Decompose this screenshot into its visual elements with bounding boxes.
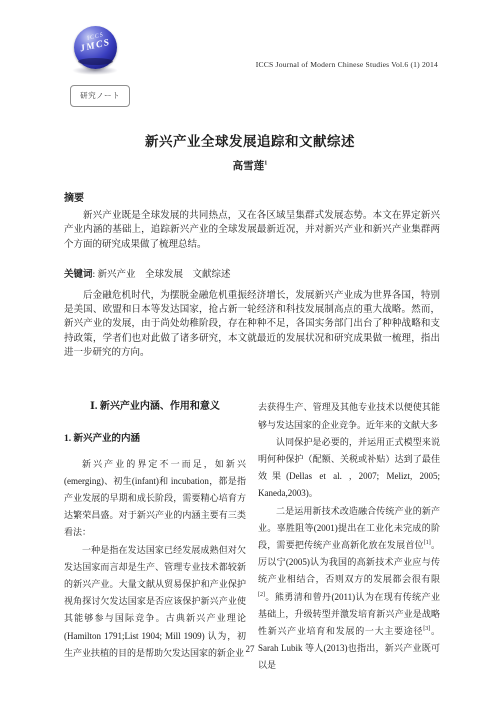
left-column: Ⅰ. 新兴产业内涵、作用和意义 1. 新兴产业的内涵 新兴产业的界定不一而足，如… bbox=[64, 399, 246, 674]
article-body: 摘要 新兴产业既是全球发展的共同热点，又在各区域呈集群式发展态势。本文在界定新兴… bbox=[64, 189, 440, 675]
paper-page: ICCS Journal of Modern Chinese Studies V… bbox=[0, 0, 500, 707]
paper-title: 新兴产业全球发展追踪和文献综述 bbox=[0, 130, 500, 150]
research-note-box: 研究ノート bbox=[70, 85, 130, 107]
right-column: 去获得生产、管理及其他专业技术以便使其能够与发达国家的企业竞争。近年来的文献大多… bbox=[258, 399, 440, 674]
section-1-1-heading: 1. 新兴产业的内涵 bbox=[64, 431, 246, 448]
author-name: 高雪莲 bbox=[233, 161, 265, 172]
two-column-section: Ⅰ. 新兴产业内涵、作用和意义 1. 新兴产业的内涵 新兴产业的界定不一而足，如… bbox=[64, 399, 440, 674]
keywords-label: 关键词 bbox=[64, 270, 93, 280]
left-column-paragraph-1: 新兴产业的界定不一而足，如新兴(emerging)、初生(infant)和 in… bbox=[64, 456, 246, 542]
author-line: 高雪莲1 bbox=[0, 158, 500, 173]
abstract-label: 摘要 bbox=[64, 189, 440, 204]
journal-header-text: ICCS Journal of Modern Chinese Studies V… bbox=[256, 60, 438, 69]
section-1-heading: Ⅰ. 新兴产业内涵、作用和意义 bbox=[64, 399, 246, 415]
logo-bottom-band bbox=[78, 58, 113, 65]
research-note-label: 研究ノート bbox=[80, 91, 120, 100]
intro-paragraph: 后金融危机时代，为摆脱金融危机重振经济增长，发展新兴产业成为世界各国，特别是美国… bbox=[64, 289, 440, 360]
keywords-text: 新兴产业 全球发展 文献综述 bbox=[98, 270, 231, 280]
keywords-line: 关键词: 新兴产业 全球发展 文献综述 bbox=[64, 266, 440, 280]
author-footnote-ref: 1 bbox=[264, 160, 267, 167]
right-column-paragraph-2: 认同保护是必要的，并运用正式模型来说明何种保护（配额、关税或补贴）达到了最佳效果… bbox=[258, 434, 440, 503]
abstract-text: 新兴产业既是全球发展的共同热点，又在各区域呈集群式发展态势。本文在界定新兴产业内… bbox=[64, 209, 440, 252]
page-number: 27 bbox=[0, 644, 500, 654]
journal-logo: ICCS JMCS bbox=[71, 26, 119, 75]
right-column-paragraph-1: 去获得生产、管理及其他专业技术以便使其能够与发达国家的企业竞争。近年来的文献大多 bbox=[258, 399, 440, 433]
logo-sphere-icon: ICCS JMCS bbox=[74, 26, 117, 69]
